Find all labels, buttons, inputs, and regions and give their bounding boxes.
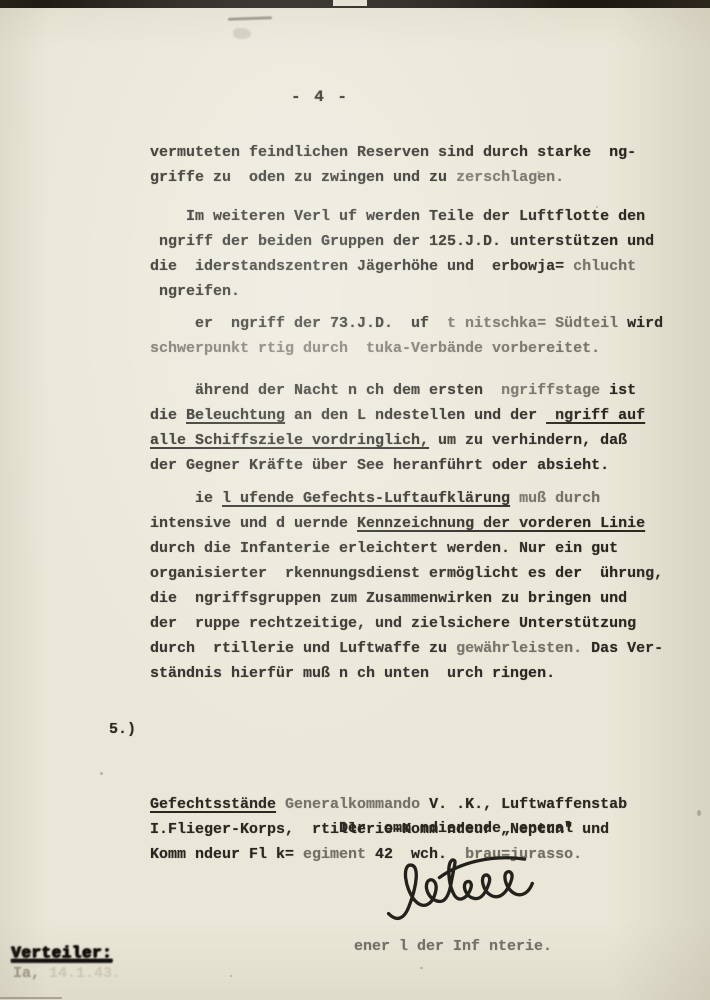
text-line: der ruppe rechtzeitige, und zielsichere … xyxy=(150,611,663,636)
text-segment: an den L ndestellen und der xyxy=(285,407,546,424)
text-line: alle Schiffsziele vordringlich, um zu ve… xyxy=(150,428,645,453)
text-segment: alle Schiffsziele vordringlich, xyxy=(150,432,429,449)
text-segment: l ufende Gefechts-Luftaufklärung xyxy=(222,490,510,507)
text-segment: organisierter rkennungsdienst ermöglicht… xyxy=(150,565,663,582)
body-paragraph: er ngriff der 73.J.D. uf t nitschka= Süd… xyxy=(150,311,663,361)
body-paragraph: vermuteten feindlichen Reserven sind dur… xyxy=(150,140,636,190)
body-paragraph: ährend der Nacht n ch dem ersten ngriffs… xyxy=(150,378,645,478)
text-segment: zerschlagen. xyxy=(456,169,564,186)
signature-title-line: Der omm ndierende eneral xyxy=(339,816,573,841)
page-number: - 4 - xyxy=(291,88,349,106)
text-segment: V. .K., Luftwaffenstab xyxy=(420,796,627,813)
text-segment: ie xyxy=(186,490,222,507)
text-segment: Verteiler: xyxy=(11,944,112,962)
text-segment: ener l der Inf nterie. xyxy=(345,938,552,955)
text-line: schwerpunkt rtig durch tuka-Verbände vor… xyxy=(150,336,663,361)
text-segment: ist xyxy=(600,382,636,399)
text-line: organisierter rkennungsdienst ermöglicht… xyxy=(150,561,663,586)
paper-speck xyxy=(230,975,232,977)
text-segment: ährend der Nacht n ch dem ersten xyxy=(186,382,501,399)
text-segment: Beleuchtung xyxy=(186,407,285,424)
text-segment: durch rtillerie und Luftwaffe zu xyxy=(150,640,456,657)
text-line: durch rtillerie und Luftwaffe zu gewährl… xyxy=(150,636,663,661)
text-line: Gefechtsstände Generalkommando V. .K., L… xyxy=(150,792,627,817)
text-segment: intensive und d uernde xyxy=(150,515,357,532)
text-segment: chlucht xyxy=(564,258,636,275)
text-line: griffe zu oden zu zwingen und zu zerschl… xyxy=(150,165,636,190)
text-segment: ngreifen. xyxy=(150,283,240,300)
text-segment: um zu verhindern, daß xyxy=(429,432,627,449)
text-line: Der omm ndierende eneral xyxy=(339,816,573,841)
distribution-entry: Ia, 14.1.43. xyxy=(13,961,121,986)
text-segment: wird xyxy=(618,315,663,332)
text-segment: ngriff auf xyxy=(546,407,645,424)
text-line: durch die Infanterie erleichtert werden.… xyxy=(150,536,663,561)
text-segment: 14.1.43. xyxy=(49,965,121,982)
signature-rank-line: ener l der Inf nterie. xyxy=(345,934,552,959)
photo-border-notch xyxy=(333,0,367,6)
photo-border-bottom xyxy=(0,997,62,999)
text-line: ngriff der beiden Gruppen der 125.J.D. u… xyxy=(150,229,654,254)
text-segment: Gefechtsstände xyxy=(150,796,276,813)
text-segment xyxy=(510,490,519,507)
text-segment: schwerpunkt rtig durch tuka-Verbände vor… xyxy=(150,340,600,357)
body-paragraph: ie l ufende Gefechts-Luftaufklärung muß … xyxy=(150,486,663,686)
text-segment: t nitschka= Südteil xyxy=(438,315,618,332)
text-segment: der ruppe rechtzeitige, und zielsichere … xyxy=(150,615,636,632)
paper-speck xyxy=(697,810,701,816)
text-segment: die xyxy=(150,407,186,424)
text-line: ie l ufende Gefechts-Luftaufklärung muß … xyxy=(150,486,663,511)
text-segment: Ia, xyxy=(13,965,49,982)
text-segment: die iderstandszentren Jägerhöhe und erbo… xyxy=(150,258,564,275)
text-line: der Gegner Kräfte über See heranführt od… xyxy=(150,453,645,478)
text-line: vermuteten feindlichen Reserven sind dur… xyxy=(150,140,636,165)
text-segment: die ngriffsgruppen zum Zusammenwirken zu… xyxy=(150,590,627,607)
text-segment: egiment xyxy=(294,846,366,863)
text-segment: ständnis hierfür muß n ch unten urch rin… xyxy=(150,665,555,682)
ink-smudge xyxy=(233,28,251,39)
text-line: intensive und d uernde Kennzeichnung der… xyxy=(150,511,663,536)
text-line: Ia, 14.1.43. xyxy=(13,961,121,986)
text-segment: griffe zu oden zu zwingen und zu xyxy=(150,169,456,186)
paper-speck xyxy=(420,967,423,969)
text-line: die Beleuchtung an den L ndestellen und … xyxy=(150,403,645,428)
text-segment: der Gegner Kräfte über See heranführt od… xyxy=(150,457,609,474)
text-segment xyxy=(276,796,285,813)
text-segment: Das Ver- xyxy=(582,640,663,657)
text-segment: ngriffstage xyxy=(501,382,600,399)
ink-smudge xyxy=(228,16,272,21)
paper-speck xyxy=(100,772,103,775)
text-line: ener l der Inf nterie. xyxy=(345,934,552,959)
text-line: er ngriff der 73.J.D. uf t nitschka= Süd… xyxy=(150,311,663,336)
text-segment: Im weiteren Verl uf werden Teile der Luf… xyxy=(186,208,645,225)
text-segment: vermuteten feindlichen Reserven sind dur… xyxy=(150,144,636,161)
text-segment: muß durch xyxy=(519,490,600,507)
text-segment: gewährleisten. xyxy=(456,640,582,657)
text-line: ständnis hierfür muß n ch unten urch rin… xyxy=(150,661,663,686)
text-segment: er ngriff der 73.J.D. uf xyxy=(186,315,438,332)
text-line: die iderstandszentren Jägerhöhe und erbo… xyxy=(150,254,654,279)
item-number-label: 5.) xyxy=(109,717,136,742)
text-line: Im weiteren Verl uf werden Teile der Luf… xyxy=(150,204,654,229)
text-line: ngreifen. xyxy=(150,279,654,304)
handwritten-signature xyxy=(380,842,556,937)
text-segment: ngriff der beiden Gruppen der 125.J.D. u… xyxy=(150,233,654,250)
body-paragraph: Im weiteren Verl uf werden Teile der Luf… xyxy=(150,204,654,304)
text-segment: Generalkommando xyxy=(285,796,420,813)
text-segment: Komm ndeur Fl k= xyxy=(150,846,294,863)
text-segment: durch die Infanterie erleichtert werden.… xyxy=(150,540,618,557)
text-segment: Kennzeichnung der vorderen Linie xyxy=(357,515,645,532)
numbered-item: 5.) Gefechtsstände Generalkommando V. .K… xyxy=(150,717,627,867)
text-segment: Der omm ndierende eneral xyxy=(339,820,573,837)
text-line: die ngriffsgruppen zum Zusammenwirken zu… xyxy=(150,586,663,611)
document-page: - 4 - vermuteten feindlichen Reserven si… xyxy=(0,0,710,1000)
text-line: ährend der Nacht n ch dem ersten ngriffs… xyxy=(150,378,645,403)
